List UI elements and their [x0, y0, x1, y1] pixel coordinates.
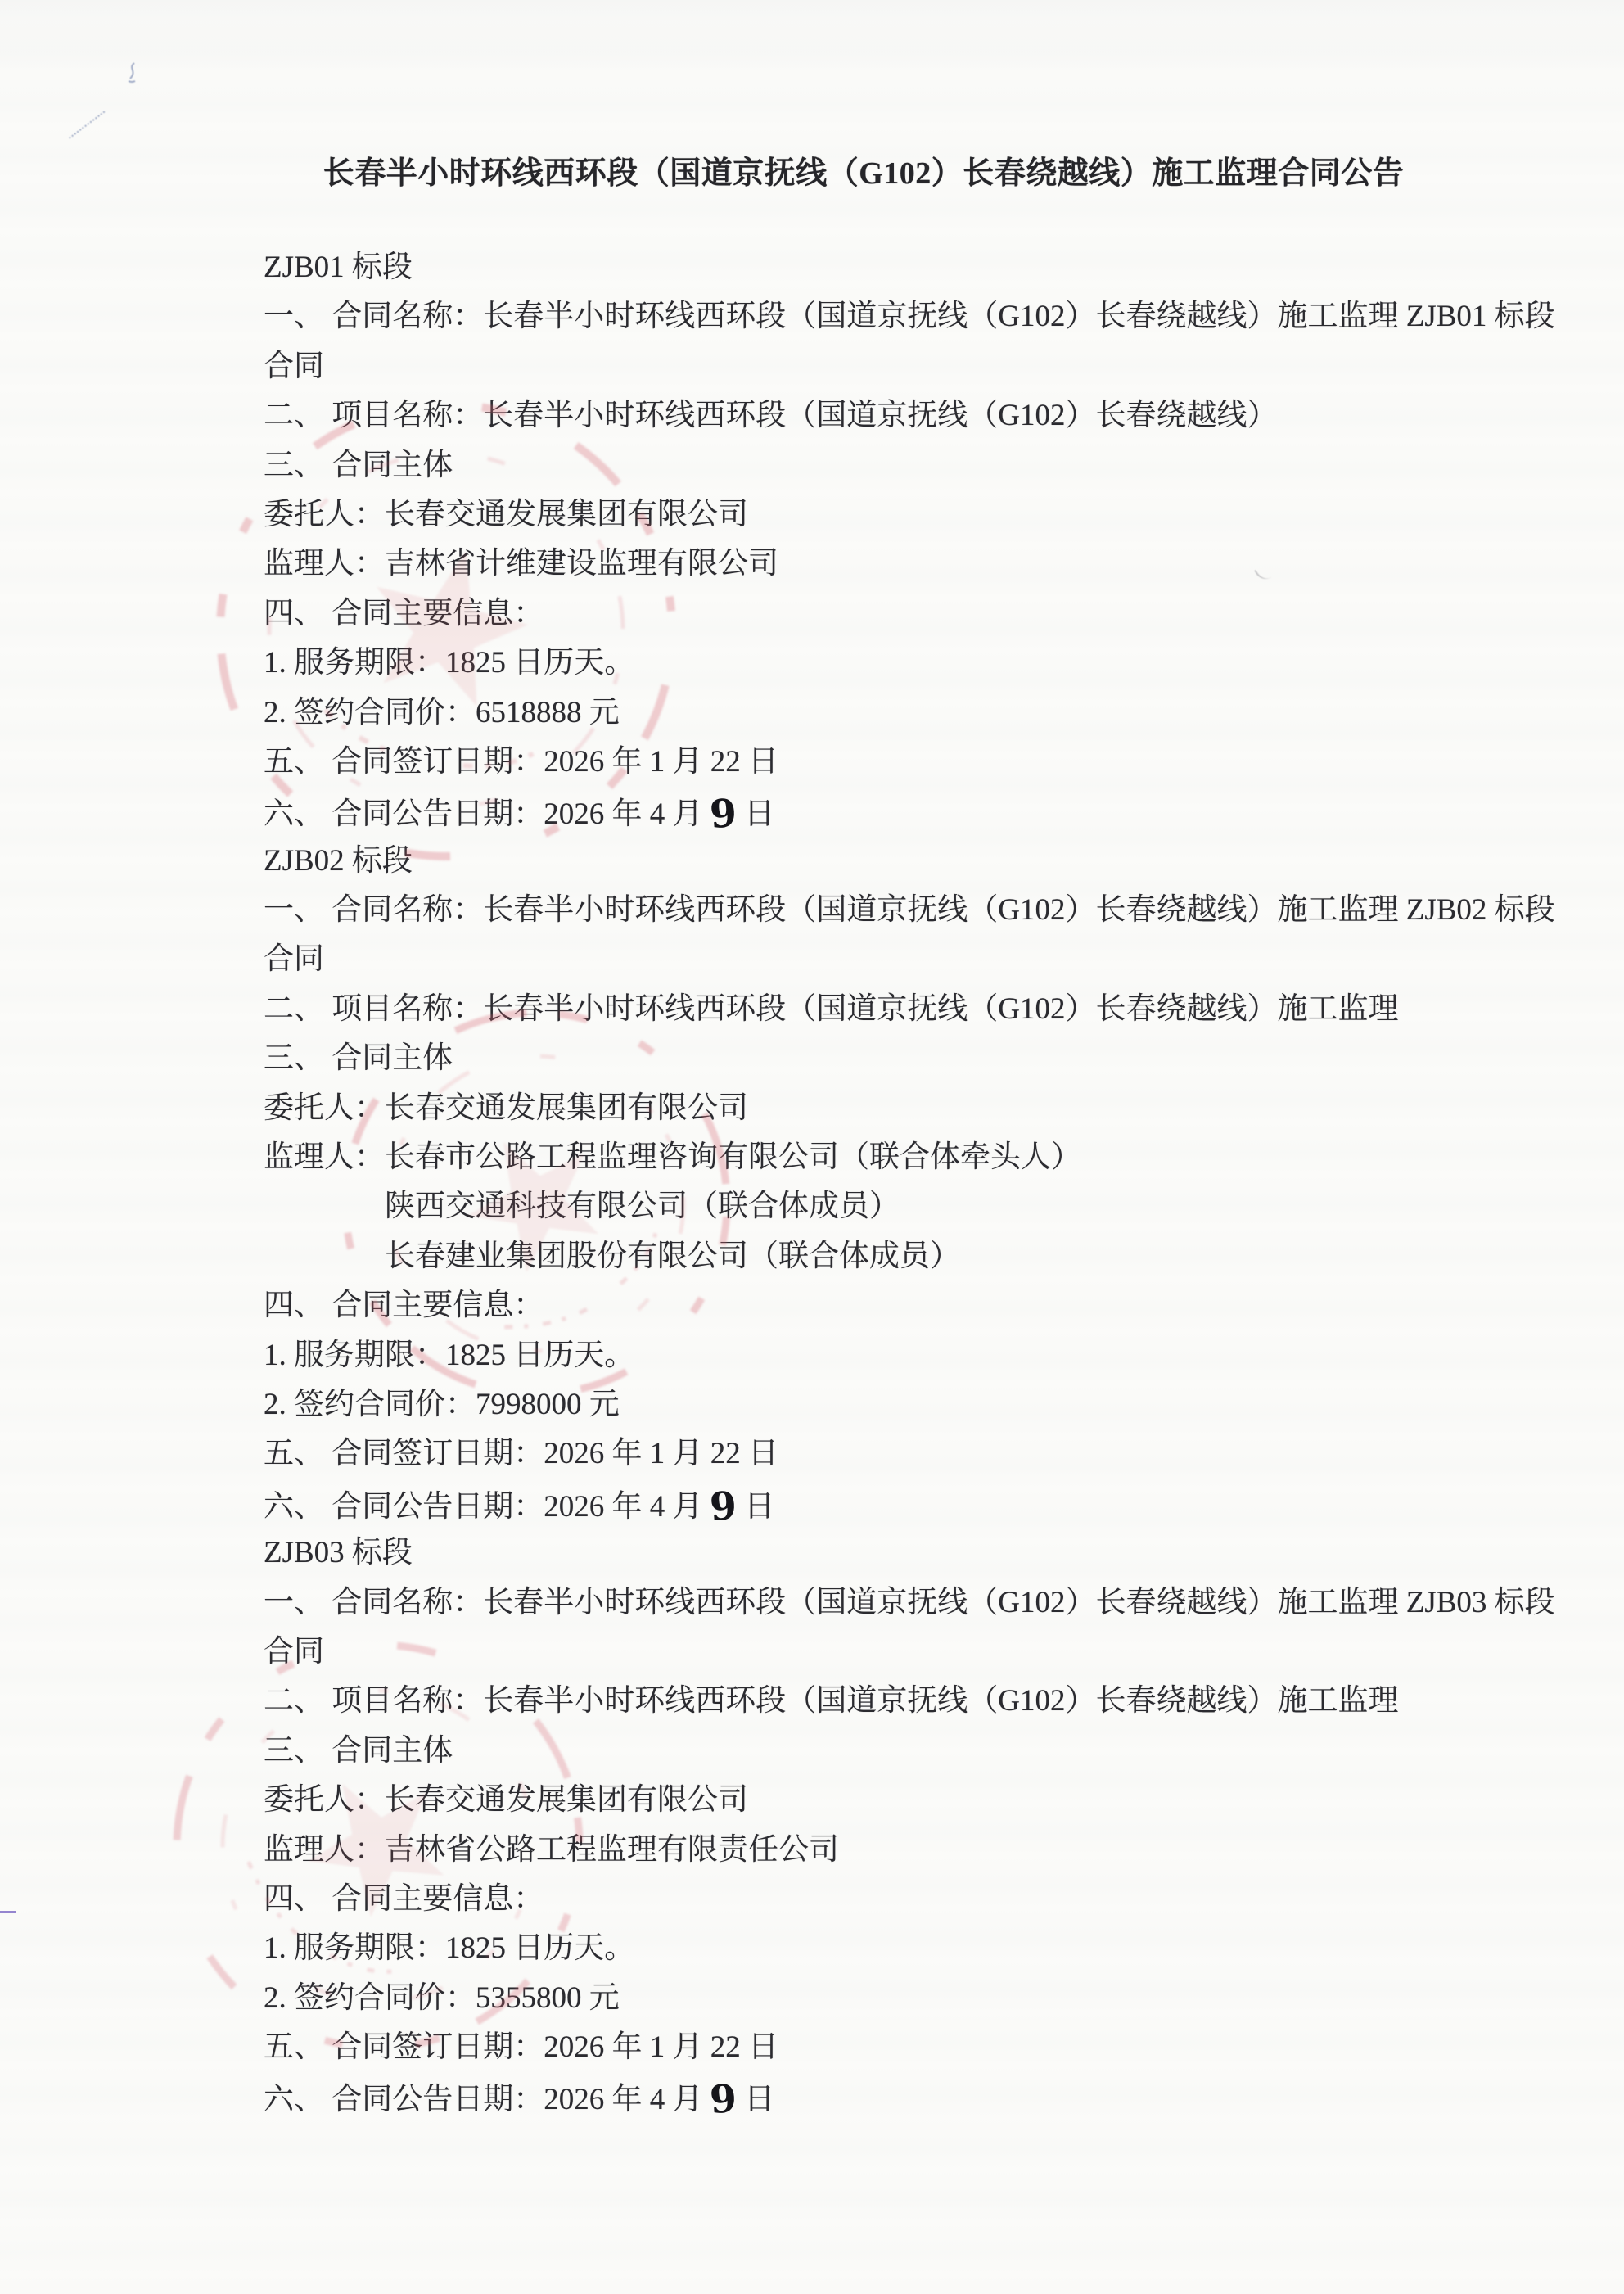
date-line-suffix: 日	[744, 797, 774, 831]
handwritten-day-digit: 9	[708, 789, 738, 841]
text-line: 四、 合同主要信息：	[264, 1875, 1573, 1924]
pen-smudge-icon	[124, 62, 141, 84]
text-line: 监理人：长春市公路工程监理咨询有限公司（联合体牵头人）	[264, 1133, 1573, 1182]
text-line: 2. 签约合同价：6518888 元	[264, 689, 1573, 738]
section-heading-ZJB03: ZJB03 标段	[264, 1529, 1573, 1578]
text-line: 委托人：长春交通发展集团有限公司	[264, 490, 1573, 540]
text-line: 2. 签约合同价：7998000 元	[264, 1380, 1573, 1429]
text-line: 四、 合同主要信息：	[264, 589, 1573, 639]
text-line: 三、 合同主体	[264, 1034, 1573, 1083]
text-line: 一、 合同名称：长春半小时环线西环段（国道京抚线（G102）长春绕越线）施工监理…	[264, 292, 1573, 341]
page-title: 长春半小时环线西环段（国道京抚线（G102）长春绕越线）施工监理合同公告	[254, 152, 1473, 195]
text-line: 委托人：长春交通发展集团有限公司	[264, 1776, 1573, 1825]
text-line: 合同	[264, 935, 1573, 984]
section-heading-ZJB01: ZJB01 标段	[264, 243, 1573, 292]
scan-edge-line-artifact	[0, 1911, 16, 1913]
text-line: 一、 合同名称：长春半小时环线西环段（国道京抚线（G102）长春绕越线）施工监理…	[264, 886, 1573, 935]
text-line: 五、 合同签订日期：2026 年 1 月 22 日	[264, 738, 1573, 787]
date-line-text: 六、 合同公告日期：2026 年 4 月	[264, 1490, 703, 1524]
text-line: 监理人：吉林省计维建设监理有限公司	[264, 540, 1573, 589]
date-line-suffix: 日	[744, 2083, 774, 2116]
text-line: 监理人：吉林省公路工程监理有限责任公司	[264, 1826, 1573, 1875]
text-line: 四、 合同主要信息：	[264, 1281, 1573, 1330]
text-line: 二、 项目名称：长春半小时环线西环段（国道京抚线（G102）长春绕越线）	[264, 391, 1573, 440]
text-line: 三、 合同主体	[264, 1727, 1573, 1776]
text-line: 1. 服务期限：1825 日历天。	[264, 639, 1573, 688]
text-line: 陕西交通科技有限公司（联合体成员）	[264, 1182, 1573, 1231]
text-line: 五、 合同签订日期：2026 年 1 月 22 日	[264, 2023, 1573, 2072]
date-line-text: 六、 合同公告日期：2026 年 4 月	[264, 797, 703, 831]
text-line: 六、 合同公告日期：2026 年 4 月9日	[264, 2072, 1573, 2121]
text-line: 二、 项目名称：长春半小时环线西环段（国道京抚线（G102）长春绕越线）施工监理	[264, 1677, 1573, 1726]
handwritten-day-digit: 9	[708, 1482, 738, 1533]
text-line: 六、 合同公告日期：2026 年 4 月9日	[264, 787, 1573, 836]
text-line: 1. 服务期限：1825 日历天。	[264, 1924, 1573, 1973]
text-line: 2. 签约合同价：5355800 元	[264, 1974, 1573, 2023]
text-line: 合同	[264, 342, 1573, 391]
text-line: 二、 项目名称：长春半小时环线西环段（国道京抚线（G102）长春绕越线）施工监理	[264, 985, 1573, 1034]
text-line: 1. 服务期限：1825 日历天。	[264, 1331, 1573, 1380]
section-heading-ZJB02: ZJB02 标段	[264, 837, 1573, 886]
text-line: 六、 合同公告日期：2026 年 4 月9日	[264, 1479, 1573, 1529]
text-line: 长春建业集团股份有限公司（联合体成员）	[264, 1232, 1573, 1281]
text-line: 合同	[264, 1628, 1573, 1677]
handwritten-day-digit: 9	[708, 2075, 738, 2126]
text-line: 委托人：长春交通发展集团有限公司	[264, 1084, 1573, 1133]
scanned-document-page: 长春半小时环线西环段（国道京抚线（G102）长春绕越线）施工监理合同公告 ZJB…	[0, 0, 1624, 2294]
text-line: 五、 合同签订日期：2026 年 1 月 22 日	[264, 1429, 1573, 1479]
pen-dotted-streak	[69, 111, 105, 139]
text-line: 三、 合同主体	[264, 441, 1573, 490]
text-line: 一、 合同名称：长春半小时环线西环段（国道京抚线（G102）长春绕越线）施工监理…	[264, 1578, 1573, 1628]
date-line-text: 六、 合同公告日期：2026 年 4 月	[264, 2083, 703, 2116]
date-line-suffix: 日	[744, 1490, 774, 1524]
document-body: ZJB01 标段一、 合同名称：长春半小时环线西环段（国道京抚线（G102）长春…	[264, 243, 1573, 2122]
